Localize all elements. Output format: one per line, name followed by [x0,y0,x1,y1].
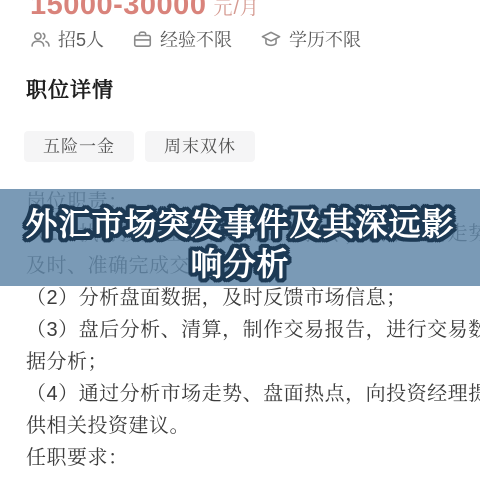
meta-headcount: 招5人 [30,26,104,52]
description-line: （4）通过分析市场走势、盘面热点，向投资经理提 [26,378,458,410]
meta-experience: 经验不限 [132,26,232,52]
users-icon [30,29,51,50]
description-line: 供相关投资建议。 [26,410,458,442]
briefcase-icon [132,29,153,50]
benefit-tag-weekend: 周末双休 [145,131,255,162]
graduation-cap-icon [260,29,282,50]
page-title: 职位详情 [26,74,114,104]
meta-education-label: 学历不限 [289,26,361,52]
meta-experience-label: 经验不限 [160,26,232,52]
watermark-headline-line1: 外汇市场突发事件及其深远影 [0,204,480,244]
salary-amount: 15000-30000 [30,0,206,21]
meta-headcount-label: 招5人 [58,26,104,52]
benefit-tag-insurance: 五险一金 [24,131,134,162]
description-line: （2）分析盘面数据，及时反馈市场信息； [26,282,458,314]
job-meta-row: 招5人 经验不限 学历不限 [30,26,361,52]
description-line: （3）盘后分析、清算，制作交易报告，进行交易数 [26,314,458,346]
salary-unit: 元/月 [213,0,259,19]
meta-education: 学历不限 [260,26,361,52]
watermark-headline: 外汇市场突发事件及其深远影 响分析 [0,204,480,284]
benefit-tags: 五险一金 周末双休 [24,131,255,162]
description-line: 据分析； [26,346,458,378]
salary-text: 15000-30000元/月 [30,0,260,22]
description-line: 任职要求： [26,442,458,474]
watermark-headline-line2: 响分析 [0,244,480,284]
